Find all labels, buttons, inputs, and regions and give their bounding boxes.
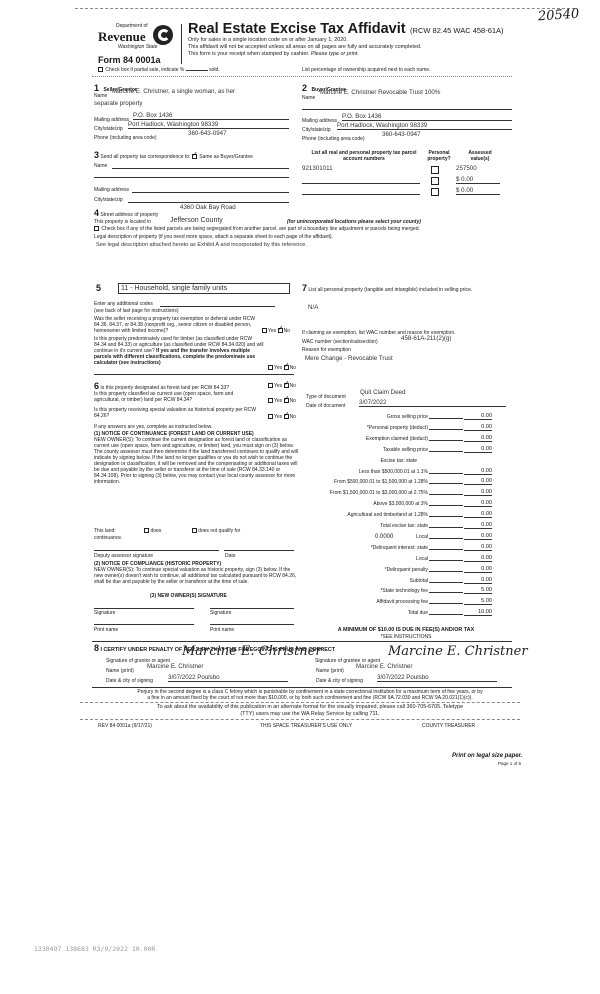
new-owner-name2-field[interactable] <box>210 624 294 625</box>
corr-mailing-field[interactable] <box>132 187 289 193</box>
fee-leader <box>429 582 463 583</box>
grantee-name-field[interactable]: Marcine E. Christner <box>356 663 412 670</box>
fee-label: Subtotal <box>300 578 428 584</box>
section-number: 6 <box>94 381 99 391</box>
fee-value[interactable]: 0.00 <box>464 533 492 540</box>
fee-leader <box>429 538 463 539</box>
fee-label: Above $3,000,000 at 3% <box>300 501 428 507</box>
segregated-checkbox[interactable] <box>94 226 99 231</box>
fee-label: From $500,000.01 to $1,500,000 at 1.28% <box>300 479 428 485</box>
additional-codes-label: Enter any additional codes <box>94 301 153 307</box>
perjury-line2: a fine in an amount fixed by the court o… <box>60 695 560 701</box>
grantee-date-field[interactable]: 3/07/2022 Poulsbo <box>377 674 497 682</box>
yes-label: Yes <box>274 398 282 404</box>
forest-instr: If any answers are yes, complete as inst… <box>94 424 212 430</box>
fee-row: From $500,000.01 to $1,500,000 at 1.28%0… <box>300 476 492 485</box>
fee-leader <box>429 418 463 419</box>
legal-label: Legal description of property (if you ne… <box>94 234 333 240</box>
forest-q2-answer: Yes No <box>268 398 296 404</box>
county-field[interactable]: Jefferson County <box>170 217 223 224</box>
fee-row: *Delinquent penalty0.00 <box>300 564 492 573</box>
buyer-phone-label: Phone (including area code) <box>302 136 365 142</box>
fee-leader <box>429 560 463 561</box>
seller-city-field[interactable]: Port Hadlock, Washington 98339 <box>128 121 289 129</box>
print-name-label-2: Print name <box>210 627 234 633</box>
personal-property-checkbox[interactable] <box>431 188 439 196</box>
fee-label: From $1,500,000.01 to $3,000,000 at 2.75… <box>300 490 428 496</box>
fee-row: Local0.00 <box>300 553 492 562</box>
grantor-signature[interactable]: Marcine E. Christner <box>182 644 322 659</box>
signature-label-1: Signature <box>94 610 115 616</box>
fee-row: Above $3,000,000 at 3%0.00 <box>300 498 492 507</box>
agency-state: Washington State <box>118 44 157 50</box>
segregated-row: Check box if any of the listed parcels a… <box>94 226 420 232</box>
fee-label: Less than $500,000.01 at 1.1% <box>300 469 428 475</box>
fee-value[interactable]: 10.00 <box>464 609 492 616</box>
fee-row: Agricultural and timberland at 1.28%0.00 <box>300 509 492 518</box>
fee-row: Subtotal0.00 <box>300 575 492 584</box>
header-line2: This affidavit will not be accepted unle… <box>188 44 421 50</box>
fee-leader <box>429 451 463 452</box>
section-number: 8 <box>94 643 99 653</box>
seller-mailing-field[interactable]: P.O. Box 1436 <box>133 112 289 120</box>
fee-label: *Delinquent interest: state <box>300 545 428 551</box>
assessed-col-header: Assessed value(s) <box>460 150 500 162</box>
agency-logo: Department of Revenue Washington State <box>94 20 184 54</box>
deputy-date-label: Date <box>225 553 236 559</box>
buyer-mailing-label: Mailing address <box>302 118 337 124</box>
alt-format-line1: To ask about the availability of this pu… <box>60 704 560 710</box>
personal-property-checkbox[interactable] <box>431 166 439 174</box>
doc-type-label: Type of document <box>306 394 346 400</box>
fee-leader <box>429 505 463 506</box>
deputy-sig-field[interactable] <box>94 550 219 551</box>
page-number: Page 1 of 6 <box>498 761 521 766</box>
forest-q3-no-checkbox[interactable] <box>284 414 289 419</box>
no-label: No <box>290 383 296 389</box>
corr-name-field[interactable] <box>112 163 289 169</box>
grantee-name-label: Name (print) <box>316 668 344 674</box>
fee-leader <box>429 429 463 430</box>
additional-codes-field[interactable] <box>160 301 275 307</box>
perjury-divider <box>92 687 512 688</box>
does-checkbox[interactable] <box>144 528 149 533</box>
fee-value[interactable]: 5.00 <box>464 598 492 605</box>
doc-type-field[interactable]: Quit Claim Deed <box>360 389 405 396</box>
treasurer-rule <box>80 719 520 720</box>
does-not-checkbox[interactable] <box>192 528 197 533</box>
new-owner-sig2-field[interactable] <box>210 608 294 609</box>
fee-leader <box>429 592 463 593</box>
section8-divider <box>92 641 512 642</box>
same-as-buyer-checkbox[interactable] <box>192 154 197 159</box>
parcel-number-field[interactable] <box>302 187 420 195</box>
fee-value[interactable]: 0.00 <box>464 500 492 507</box>
timber-question: Is this property predominately used for … <box>94 336 264 366</box>
buyer-mailing-field[interactable]: P.O. Box 1436 <box>342 113 512 121</box>
wac-label: WAC number (section/subsection) <box>302 339 378 345</box>
fee-row: *Delinquent interest: state0.00 <box>300 542 492 551</box>
section-number: 4 <box>94 208 99 218</box>
fee-value[interactable]: 0.00 <box>464 424 492 431</box>
street-label: Street address of property <box>100 212 158 218</box>
local-rate-field[interactable]: 0.0000 <box>375 534 393 540</box>
fee-row: Gross selling price0.00 <box>300 411 492 420</box>
deputy-sig-label: Deputy assessor signature <box>94 553 153 559</box>
fee-value[interactable]: 0.00 <box>464 511 492 518</box>
new-owner-sig1-field[interactable] <box>94 608 194 609</box>
cashier-stamp: 1330497 138683 R3/9/2022 10.00R <box>34 945 155 953</box>
legal-paper-note: Print on legal size paper. <box>452 753 522 760</box>
timber-answer: Yes No <box>268 365 296 371</box>
personal-property-checkbox[interactable] <box>431 177 439 185</box>
personal-col-header: Personal property? <box>423 150 455 162</box>
fee-value[interactable]: 0.00 <box>464 555 492 562</box>
fee-row: *State technology fee5.00 <box>300 585 492 594</box>
fee-label: *State technology fee <box>300 588 428 594</box>
yes-label: Yes <box>274 383 282 389</box>
partial-sale-suffix: sold. <box>209 67 220 73</box>
ownership-note: List percentage of ownership acquired ne… <box>302 67 430 73</box>
grantor-date-label: Date & city of signing <box>106 678 153 684</box>
section-number: 1 <box>94 83 99 93</box>
partial-sale-row: Check box if partial sale, indicate % so… <box>98 67 220 73</box>
fee-value[interactable]: 0.00 <box>464 446 492 453</box>
seller-city-label: City/state/zip <box>94 126 123 132</box>
fee-row: Affidavit processing fee5.00 <box>300 596 492 605</box>
top-scan-edge <box>75 8 575 9</box>
section-5-number: 5 <box>96 283 101 293</box>
fee-row: Total excise tax: state0.00 <box>300 520 492 529</box>
q1-no-checkbox[interactable] <box>278 328 283 333</box>
buyer-city-label: City/state/zip <box>302 127 331 133</box>
forest-q1-answer: Yes No <box>268 383 296 389</box>
notice1-body: NEW OWNER(S): To continue the current de… <box>94 437 300 485</box>
section-number: 3 <box>94 150 99 160</box>
corr-city-field[interactable] <box>128 197 289 203</box>
fee-leader <box>429 440 463 441</box>
located-label: This property is located in <box>94 219 151 225</box>
fee-row: Excise tax: state <box>300 455 492 464</box>
fee-value[interactable]: 0.00 <box>464 544 492 551</box>
see-instructions: *SEE INSTRUCTIONS <box>300 634 512 640</box>
doc-date-label: Date of document <box>306 403 345 409</box>
forest-q3-yes-checkbox[interactable] <box>268 414 273 419</box>
seller-name-line1[interactable]: Marcine E. Christner, a single woman, as… <box>112 88 235 95</box>
new-owner-sig-title: (3) NEW OWNER(S) SIGNATURE <box>150 593 227 599</box>
fee-value[interactable]: 0.00 <box>464 577 492 584</box>
fee-label: Agricultural and timberland at 1.28% <box>300 512 428 518</box>
county-treasurer: COUNTY TREASURER <box>422 723 475 729</box>
fee-label: Local <box>300 534 428 540</box>
fee-leader <box>429 603 463 604</box>
alt-format-rule <box>80 702 520 703</box>
forest-q2-no-checkbox[interactable] <box>284 398 289 403</box>
fee-row: Exemption claimed (deduct)0.00 <box>300 433 492 442</box>
assessed-value-field[interactable]: $ 0.00 <box>456 176 500 184</box>
additional-codes-note: (see back of last page for instructions) <box>94 308 179 314</box>
grantor-name-label: Name (print) <box>106 668 134 674</box>
fee-label: Excise tax: state <box>300 458 417 464</box>
segregated-label: Check box if any of the listed parcels a… <box>101 226 420 232</box>
same-as-buyer-label: Same as Buyer/Grantee <box>199 154 253 160</box>
minimum-note: A MINIMUM OF $10.00 IS DUE IN FEE(S) AND… <box>300 627 512 633</box>
buyer-name-rule <box>302 109 512 110</box>
correspondence-row: 3 Send all property tax correspondence t… <box>94 150 253 161</box>
form-number: Form 84 0001a <box>98 55 161 65</box>
correspondence-label: Send all property tax correspondence to: <box>100 154 190 160</box>
page-title: Real Estate Excise Tax Affidavit (RCW 82… <box>188 20 504 38</box>
partial-sale-checkbox[interactable] <box>98 67 103 72</box>
revenue-logo-icon <box>153 25 173 45</box>
fee-label: Gross selling price <box>300 414 428 420</box>
fee-value[interactable]: 0.00 <box>464 435 492 442</box>
q2-yes-checkbox[interactable] <box>268 365 273 370</box>
header-rule <box>92 76 512 77</box>
grantee-date-label: Date & city of signing <box>316 678 363 684</box>
fee-row: Total due10.00 <box>300 607 492 616</box>
fee-row: 0.0000Local0.00 <box>300 531 492 540</box>
fee-leader <box>429 516 463 517</box>
land-use-code-select[interactable]: 11 - Household, single family units <box>118 283 290 294</box>
legal-field[interactable]: See legal description attached hereto as… <box>96 242 307 248</box>
fee-value[interactable]: 5.00 <box>464 587 492 594</box>
yes-label: Yes <box>274 365 282 371</box>
fee-leader <box>429 483 463 484</box>
fee-value[interactable]: 0.00 <box>464 566 492 573</box>
seller-name-line2[interactable]: separate property <box>94 100 143 107</box>
title-ref: (RCW 82.45 WAC 458-61A) <box>410 26 504 35</box>
uninc-note: (for unincorporated locations please sel… <box>287 219 421 225</box>
forest-q1-yes-checkbox[interactable] <box>268 383 273 388</box>
fee-label: *Delinquent penalty <box>300 567 428 573</box>
type-print-note: Please type or print. <box>311 51 359 57</box>
reason-label: Reason for exemption <box>302 347 351 353</box>
corr-name-rule2 <box>94 177 289 178</box>
fee-leader <box>429 494 463 495</box>
grantor-name-field[interactable]: Marcine E. Christner <box>147 663 203 670</box>
new-owner-name1-field[interactable] <box>94 624 194 625</box>
fee-leader <box>429 549 463 550</box>
forest-q2-yes-checkbox[interactable] <box>268 398 273 403</box>
personal-property-field[interactable]: N/A <box>308 304 318 311</box>
buyer-name-field[interactable]: Marcine E. Christner Revocable Trust 100… <box>320 89 440 96</box>
fee-value[interactable]: 0.00 <box>464 522 492 529</box>
fee-label: Local <box>300 556 428 562</box>
wac-field[interactable]: 458-61A-211(2)(g) <box>401 335 451 342</box>
rev-label: REV 84 0001a (9/17/21) <box>98 723 152 729</box>
personal-property-text: List all personal property (tangible and… <box>308 287 472 293</box>
seller-phone-label: Phone (including area code) <box>94 135 157 141</box>
partial-sale-label: Check box if partial sale, indicate % <box>105 67 184 73</box>
fee-label: Total excise tax: state <box>300 523 428 529</box>
seller-name-label: Name <box>94 93 107 99</box>
fee-row: From $1,500,000.01 to $3,000,000 at 2.75… <box>300 487 492 496</box>
fee-label: Affidavit processing fee <box>300 599 428 605</box>
fee-label: *Personal property (deduct) <box>300 425 428 431</box>
header-line3: This form is your receipt when stamped b… <box>188 51 359 57</box>
forest-q3: Is this property receiving special valua… <box>94 407 259 419</box>
street-field[interactable]: 4360 Oak Bay Road <box>180 204 236 211</box>
doc-date-field[interactable]: 3/07/2022 <box>359 399 506 407</box>
buyer-city-field[interactable]: Port Hadlock, Washington 98339 <box>337 122 512 130</box>
seller-phone-field[interactable]: 360-643-0947 <box>188 130 227 137</box>
grantee-signature[interactable]: Marcine E. Christner <box>388 644 528 659</box>
fee-leader <box>429 473 463 474</box>
handwritten-number: 20540 <box>538 7 580 25</box>
this-land-row: This land: does does not qualify for <box>94 528 240 534</box>
header-line1: Only for sales in a single location code… <box>188 37 348 43</box>
exemption-answer: Yes No <box>262 328 290 334</box>
does-label: does <box>150 528 161 534</box>
corr-city-label: City/state/zip <box>94 197 123 203</box>
q1-yes-checkbox[interactable] <box>262 328 267 333</box>
grantor-date-field[interactable]: 3/07/2022 Poulsbo <box>168 674 288 682</box>
fee-label: Total due <box>300 610 428 616</box>
does-not-label: does not qualify for <box>198 528 240 534</box>
exemption-question: Was the seller receiving a property tax … <box>94 316 264 334</box>
partial-sale-percent-field[interactable] <box>186 70 208 71</box>
fee-value[interactable]: 0.00 <box>464 468 492 475</box>
print-name-label-1: Print name <box>94 627 118 633</box>
assessed-value-field[interactable]: $ 0.00 <box>456 187 500 195</box>
header-divider <box>181 24 182 64</box>
fee-label: Exemption claimed (deduct) <box>300 436 428 442</box>
receipt-note: This form is your receipt when stamped b… <box>188 51 309 57</box>
personal-property-label: 7 List all personal property (tangible a… <box>302 283 507 294</box>
section5-divider <box>94 374 294 375</box>
parcel-number-field[interactable]: 921301011 <box>302 165 420 173</box>
no-label: No <box>290 414 296 420</box>
fee-leader <box>429 571 463 572</box>
fee-value[interactable]: 0.00 <box>464 489 492 496</box>
deputy-date-field[interactable] <box>224 550 294 551</box>
parcel-col-header: List all real and personal property tax … <box>305 150 423 162</box>
continuance-label: continuance. <box>94 535 122 541</box>
yes-label: Yes <box>268 328 276 334</box>
treasurer-only: THIS SPACE TREASURER'S USE ONLY <box>260 723 352 729</box>
fee-leader <box>429 614 463 615</box>
reason-field[interactable]: Mere Change - Revocable Trust <box>305 355 393 362</box>
agency-main: Revenue <box>98 29 146 45</box>
parcel-number-field[interactable] <box>302 176 420 184</box>
section-number: 2 <box>302 83 307 93</box>
forest-q1-no-checkbox[interactable] <box>284 383 289 388</box>
forest-q2: Is this property classified as current u… <box>94 391 259 403</box>
fee-row: Taxable selling price0.00 <box>300 444 492 453</box>
fee-value[interactable]: 0.00 <box>464 413 492 420</box>
buyer-name-label: Name <box>302 95 315 101</box>
no-label: No <box>290 365 296 371</box>
street-row: 4 Street address of property <box>94 208 158 219</box>
fee-label: Taxable selling price <box>300 447 428 453</box>
alt-format-line2: (TTY) users may use the WA Relay Service… <box>60 711 560 717</box>
title-main: Real Estate Excise Tax Affidavit <box>188 21 406 37</box>
assessed-value-field[interactable]: 257500 <box>456 165 500 172</box>
corr-mailing-label: Mailing address <box>94 187 129 193</box>
seller-mailing-label: Mailing address <box>94 117 129 123</box>
this-land-label: This land: <box>94 528 116 534</box>
section-number: 7 <box>302 283 307 293</box>
no-label: No <box>290 398 296 404</box>
fee-value[interactable]: 0.00 <box>464 478 492 485</box>
no-label: No <box>284 328 290 334</box>
signature-label-2: Signature <box>210 610 231 616</box>
notice2-body: NEW OWNER(S): To continue special valuat… <box>94 567 300 585</box>
q2-no-checkbox[interactable] <box>284 365 289 370</box>
corr-name-label: Name <box>94 163 107 169</box>
yes-label: Yes <box>274 414 282 420</box>
fee-row: Less than $500,000.01 at 1.1%0.00 <box>300 466 492 475</box>
fee-row: *Personal property (deduct)0.00 <box>300 422 492 431</box>
forest-q3-answer: Yes No <box>268 414 296 420</box>
buyer-phone-field[interactable]: 360-643-0947 <box>382 131 421 138</box>
fee-leader <box>429 527 463 528</box>
